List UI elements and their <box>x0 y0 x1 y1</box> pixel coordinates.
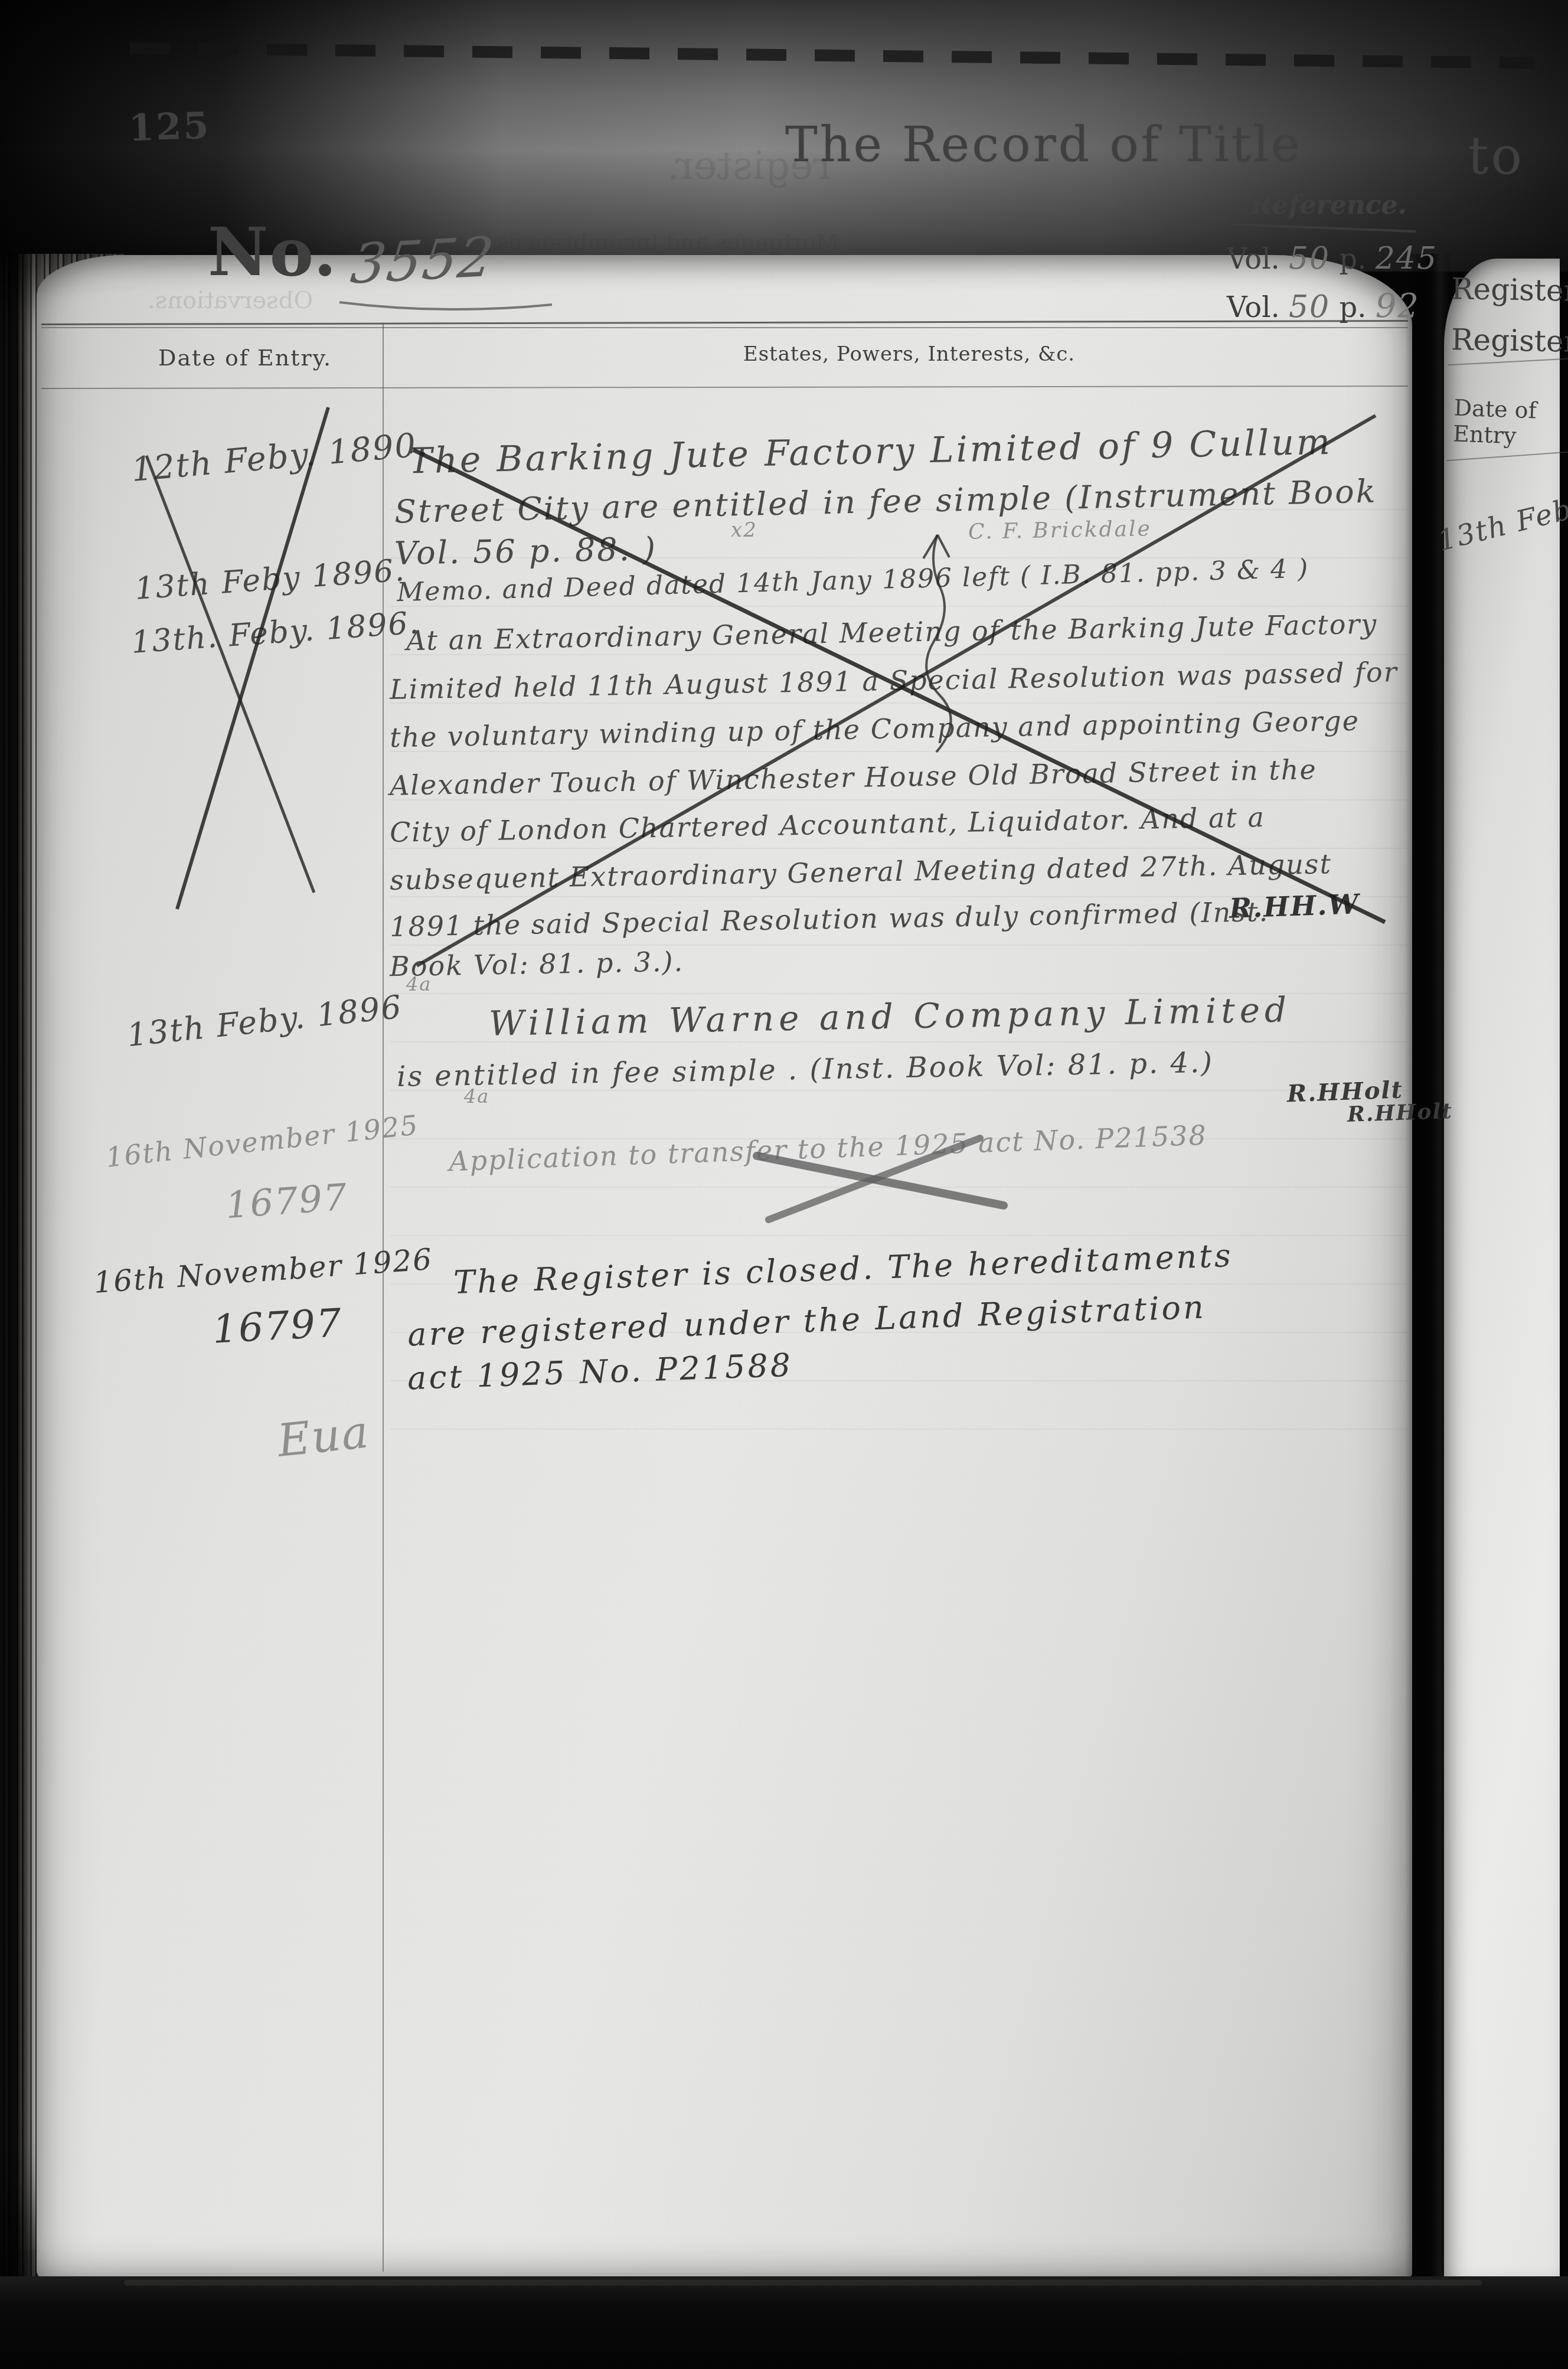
ghost-mortgages-text: Mortgages and Incumbrances. <box>490 229 838 255</box>
entry-3-signature: R.HH.W <box>1229 888 1360 924</box>
entry-5-signature: R.HHolt <box>1347 1099 1453 1127</box>
entry-1-annotation: x2 <box>731 518 757 542</box>
book-gutter-shadow <box>1405 254 1450 2280</box>
right-page-register-1: Register <box>1451 272 1568 308</box>
right-page-register-2: Register <box>1451 322 1568 359</box>
background-bottom-band <box>0 2276 1568 2369</box>
record-number-value: 3552 <box>348 225 498 296</box>
entry-1-signature: C. F. Brickdale <box>968 517 1152 544</box>
record-number-label: No. <box>208 214 338 291</box>
entry-1-line-3: Vol. 56 p. 88. ) <box>394 530 657 572</box>
ledger-photo: register. Mortgages and Incumbrances. Ob… <box>0 0 1568 2369</box>
page-value-1: 245 <box>1376 241 1438 276</box>
header-rule-top-2 <box>41 327 1408 328</box>
vol-value-1: 50 <box>1289 241 1330 276</box>
entry-6-number: 16797 <box>211 1300 344 1352</box>
reference-label: Reference. <box>1250 190 1407 220</box>
page-title: The Record of Title <box>785 117 1302 173</box>
reference-row-1: Vol. 50 p. 245 <box>1227 241 1438 276</box>
right-page-title-fragment: to <box>1467 125 1525 187</box>
entry-5-line-struck: transfer to <box>667 1132 828 1169</box>
vol-label-1: Vol. <box>1227 243 1280 276</box>
entry-3-line-8: Book Vol: 81. p. 3.). <box>390 946 684 983</box>
book-cover-edge <box>124 2280 1482 2286</box>
page-number: 125 <box>128 104 211 150</box>
vol-value-2: 50 <box>1289 289 1330 325</box>
p-label-1: p. <box>1339 243 1366 276</box>
entry-5-number: 16797 <box>224 1175 349 1227</box>
ledger-right-page <box>1444 259 1560 2280</box>
column-header-estates: Estates, Powers, Interests, &c. <box>685 342 1133 366</box>
entry-6-annotation: Eua <box>275 1405 372 1467</box>
column-header-date: Date of Entry. <box>158 345 332 371</box>
p-label-2: p. <box>1339 291 1366 324</box>
vol-label-2: Vol. <box>1227 291 1280 324</box>
entry-3-annotation: 4a <box>406 973 432 995</box>
right-page-date-header: Date of Entry <box>1453 395 1568 451</box>
entry-4-annotation: 4a <box>464 1085 489 1107</box>
